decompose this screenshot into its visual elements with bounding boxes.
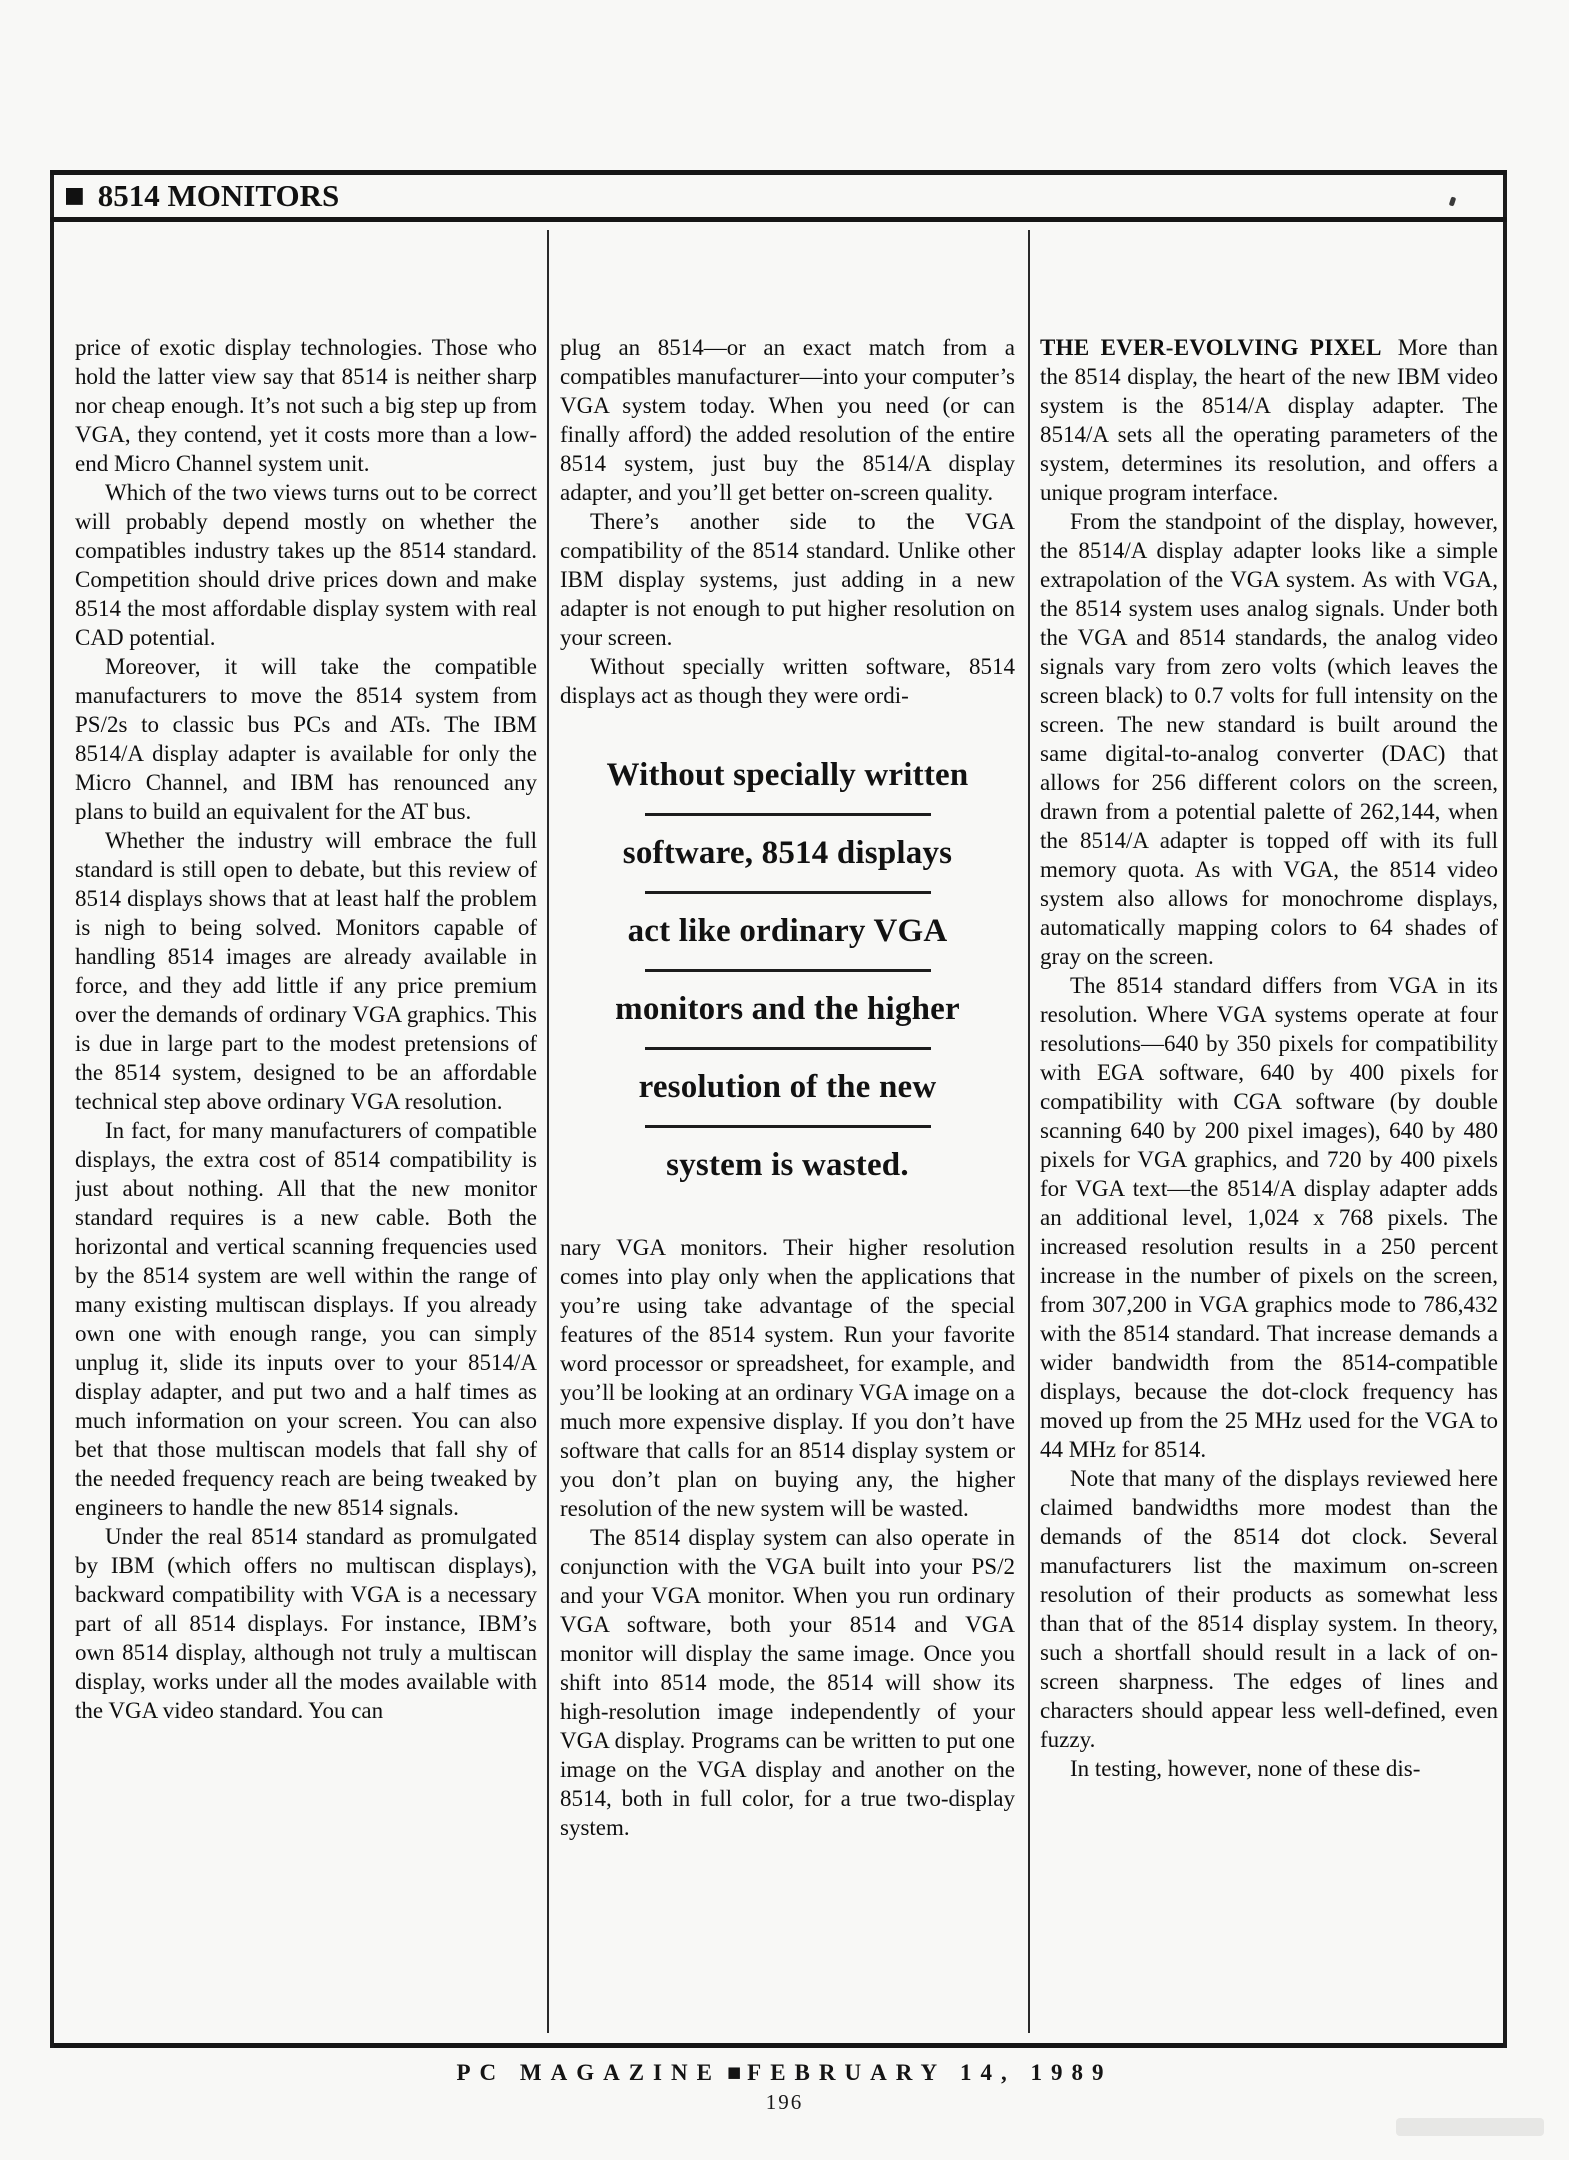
pull-quote-line: software, 8514 displays [560,816,1015,891]
scan-artifact [1396,2118,1544,2136]
column-2: plug an 8514—or an exact match from a co… [560,333,1015,2040]
magazine-page: ■ 8514 MONITORS price of exotic display … [0,0,1569,2160]
paragraph: Without specially written software, 8514… [560,652,1015,710]
paragraph: price of exotic display technologies. Th… [75,333,537,478]
column-1: price of exotic display technologies. Th… [75,333,537,2040]
page-number: 196 [0,2090,1569,2115]
paragraph: plug an 8514—or an exact match from a co… [560,333,1015,507]
magazine-name: PC MAGAZINE [456,2060,720,2085]
scan-speck [1449,196,1457,206]
footer-square-icon: ■ [727,2063,741,2081]
pull-quote-line: Without specially written [560,738,1015,813]
column-divider [547,230,549,2033]
paragraph: Moreover, it will take the compatible ma… [75,652,537,826]
paragraph: The 8514 display system can also operate… [560,1523,1015,1842]
section-title: 8514 MONITORS [98,178,339,214]
column-3: THE EVER-EVOLVING PIXELMore than the 851… [1040,333,1498,2040]
run-in-heading: THE EVER-EVOLVING PIXEL [1040,335,1382,360]
pull-quote-line: act like ordinary VGA [560,894,1015,969]
paragraph: THE EVER-EVOLVING PIXELMore than the 851… [1040,333,1498,507]
article-frame: ■ 8514 MONITORS price of exotic display … [50,170,1507,2048]
page-footer: PC MAGAZINE■FEBRUARY 14, 1989 196 [0,2060,1569,2115]
pull-quote-line: monitors and the higher [560,972,1015,1047]
paragraph: Note that many of the displays reviewed … [1040,1464,1498,1754]
issue-date: FEBRUARY 14, 1989 [747,2060,1112,2085]
column-divider [1028,230,1030,2033]
paragraph: From the standpoint of the display, howe… [1040,507,1498,971]
article-header: ■ 8514 MONITORS [50,170,1507,222]
paragraph: There’s another side to the VGA compatib… [560,507,1015,652]
paragraph: nary VGA monitors. Their higher resoluti… [560,1233,1015,1523]
paragraph: Which of the two views turns out to be c… [75,478,537,652]
paragraph: In fact, for many manufacturers of compa… [75,1116,537,1522]
footer-magazine-line: PC MAGAZINE■FEBRUARY 14, 1989 [0,2060,1569,2086]
pull-quote-line: resolution of the new [560,1050,1015,1125]
paragraph-text: More than the 8514 display, the heart of… [1040,335,1498,505]
paragraph: Under the real 8514 standard as promulga… [75,1522,537,1725]
pull-quote-line: system is wasted. [560,1128,1015,1203]
paragraph: The 8514 standard differs from VGA in it… [1040,971,1498,1464]
paragraph: In testing, however, none of these dis- [1040,1754,1498,1783]
paragraph: Whether the industry will embrace the fu… [75,826,537,1116]
section-bullet-icon: ■ [64,185,85,207]
article-body: price of exotic display technologies. Th… [54,222,1503,2048]
pull-quote: Without specially written software, 8514… [560,738,1015,1203]
